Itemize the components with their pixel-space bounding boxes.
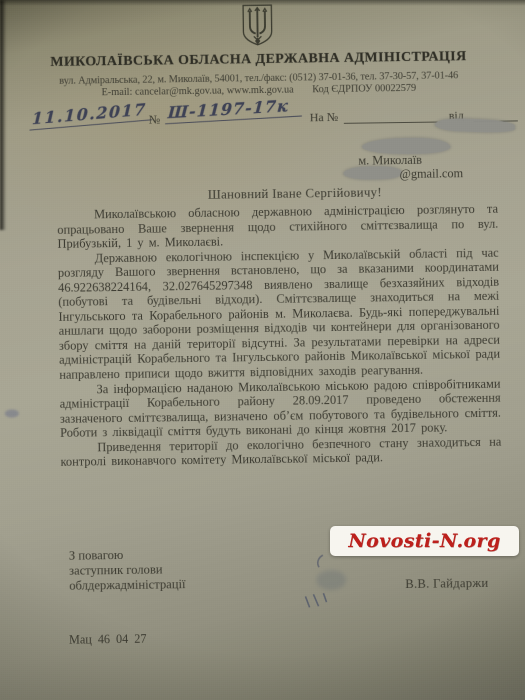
- number-label: №: [149, 112, 161, 127]
- ink-smudge: [5, 409, 19, 417]
- org-edrpou-code: Код ЄДРПОУ 00022579: [312, 83, 416, 95]
- letter-document: МИКОЛАЇВСЬКА ОБЛАСНА ДЕРЖАВНА АДМІНІСТРА…: [0, 0, 525, 700]
- incoming-number-blank-line: [344, 109, 441, 123]
- executor-code: Мац 46 04 27: [69, 632, 147, 648]
- org-email-web: E-mail: cancelar@mk.gov.ua, www.mk.gov.u…: [101, 85, 293, 99]
- paragraph-1: Миколаївською обласною державною адмініс…: [57, 202, 499, 252]
- closing-position-line2: облдержадміністрації: [69, 578, 185, 595]
- redaction-mark-email-user: [343, 166, 401, 180]
- closing-block: З повагою заступник голови облдержадміні…: [69, 547, 186, 594]
- paragraph-3: За інформацією наданою Миколаївською міс…: [59, 376, 501, 440]
- photo-top-shadow: [0, 0, 525, 6]
- paragraph-4: Приведення території до екологічно безпе…: [60, 434, 501, 469]
- closing-position-line1: заступник голови: [69, 562, 185, 579]
- signer-name: В.В. Гайдаржи: [405, 576, 488, 592]
- letter-photo: МИКОЛАЇВСЬКА ОБЛАСНА ДЕРЖАВНА АДМІНІСТРА…: [0, 0, 525, 700]
- incoming-number-label: На №: [310, 110, 339, 125]
- letter-body: Миколаївською обласною державною адмініс…: [57, 202, 502, 470]
- signature-scribble: [293, 549, 364, 615]
- handwritten-ref-number: Ш-1197-17к: [165, 95, 303, 124]
- handwritten-date: 11.10.2017: [30, 99, 154, 130]
- paragraph-2: Державною екологічною інспекцією у Микол…: [58, 245, 501, 382]
- photo-dark-edge: [0, 0, 6, 230]
- salutation: Шановний Іване Сергійовичу!: [208, 185, 382, 202]
- org-name: МИКОЛАЇВСЬКА ОБЛАСНА ДЕРЖАВНА АДМІНІСТРА…: [0, 48, 521, 71]
- closing-regards: З повагою: [69, 547, 185, 564]
- novosti-n-watermark: Novosti-N.org: [330, 526, 519, 556]
- recipient-email-domain: @gmail.com: [399, 166, 463, 182]
- ukraine-trident-emblem-icon: [241, 3, 274, 47]
